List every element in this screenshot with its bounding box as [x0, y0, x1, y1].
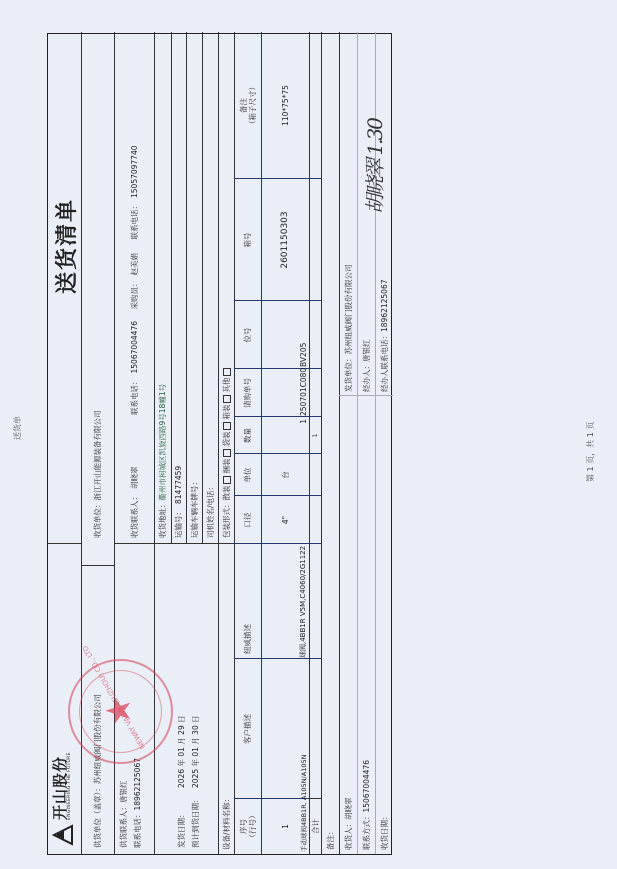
- logo-slogan: ENGINEERING THE FUTURE: [68, 752, 73, 820]
- remark-header-line2: （箱子尺寸）: [248, 83, 257, 128]
- ship-date-label: 发货日期：: [176, 788, 187, 848]
- receiver-address: 收货地址： 衢州市柯城区凯旋西路9号18幢1号: [154, 384, 171, 538]
- supplier-contact-label: 供货联系人：: [118, 803, 129, 848]
- receiver-phone-label: 联系电话：: [129, 378, 140, 416]
- receiver-unit-value: 浙江开山能源装备有限公司: [92, 411, 103, 501]
- packing-option-bag[interactable]: 袋装: [221, 420, 232, 447]
- supplier-unit: 供货单位（盖章）： 苏州纽威阀门股份有限公司: [81, 694, 114, 848]
- receiver-name-label: 收货人：: [343, 820, 354, 850]
- handwritten-signature: 胡晓翠 1.30: [359, 119, 388, 214]
- vehicle-plate: 运输车辆车牌号：: [186, 478, 202, 538]
- receiver-contact-value: 胡晓翠: [129, 419, 140, 489]
- sender-unit-label: 发货单位：: [343, 355, 354, 393]
- checkbox-icon: [223, 477, 231, 485]
- receiver-contacts: 收货联系人： 胡晓翠 联系电话： 15067004476 采购员： 赵美娟 联系…: [114, 146, 154, 539]
- checkbox-icon: [223, 423, 231, 431]
- eta-date-value: 2025 年 01 月 30 日: [190, 715, 201, 788]
- receiver-phone-value: 15067004476: [130, 314, 139, 374]
- material-name-label: 设备/材料名称：: [221, 795, 232, 850]
- col-header-qty: 数量: [234, 417, 261, 454]
- col-header-remark: 备注 （箱子尺寸）: [234, 32, 261, 179]
- handler-phone-value: 18962125067: [380, 280, 389, 333]
- handler-value: 唐银红: [361, 340, 372, 363]
- col-header-tag: 位号: [234, 301, 261, 369]
- ship-date-value: 2026 年 01 月 29 日: [176, 715, 187, 788]
- tracking-value: 81477459: [174, 466, 183, 504]
- cell-box: 2601150303: [261, 179, 309, 301]
- page-number: 第 1 页，共 1 页: [585, 422, 596, 482]
- cell-qty: 1: [297, 417, 309, 454]
- vehicle-label: 运输车辆车牌号：: [189, 478, 200, 538]
- col-header-neway-desc: 纽威描述: [234, 544, 261, 654]
- packing-type: 包装形式： 散装 捆装 袋装 箱装 其他: [218, 366, 234, 539]
- driver-label: 司机姓名/电话：: [205, 483, 216, 538]
- supplier-phone: 联系电话： 18962125067: [130, 758, 144, 848]
- col-header-customer-desc: 客户描述: [234, 659, 261, 799]
- receiver-unit-label: 收货单位：: [92, 501, 103, 539]
- col-header-seq: 序号 （行号）: [234, 799, 261, 854]
- seq-header-line1: 序号: [239, 819, 248, 834]
- packing-label: 包装形式：: [221, 501, 232, 539]
- checkbox-icon: [223, 396, 231, 404]
- eta-date-label: 预计到货日期：: [190, 788, 201, 848]
- form-title: 送货清单: [50, 198, 81, 294]
- receiver-unit: 收货单位： 浙江开山能源装备有限公司: [81, 411, 114, 539]
- logo-name: 开山股份: [53, 752, 68, 820]
- cell-remark: 110*75*75: [261, 32, 309, 179]
- total-label: 合计: [309, 799, 321, 854]
- receive-date-label: 收货日期：: [379, 813, 390, 851]
- kaishan-logo-icon: [52, 824, 74, 846]
- remark-label: 备注：: [325, 828, 336, 851]
- supplier-phone-label: 联系电话：: [132, 811, 143, 849]
- cell-po: 250701C080: [297, 366, 309, 416]
- receiver-contact-label: 收货联系人：: [129, 493, 140, 538]
- page-header: 送货单: [12, 416, 23, 440]
- receive-date: 收货日期：: [375, 813, 393, 851]
- handler-phone: 经办人联系电话： 18962125067: [375, 280, 393, 393]
- col-header-box: 箱号: [234, 179, 261, 301]
- supplier-unit-value: 苏州纽威阀门股份有限公司: [92, 694, 103, 784]
- sender-unit: 发货单位： 苏州纽威阀门股份有限公司: [339, 265, 357, 393]
- buyer-label: 采购员：: [129, 280, 140, 310]
- cell-size: 4": [261, 496, 309, 544]
- delivery-note-form: 开山股份 ENGINEERING THE FUTURE 送货清单 供货单位（盖章…: [47, 33, 392, 855]
- col-header-unit: 单位: [234, 454, 261, 496]
- packing-option-box[interactable]: 箱装: [221, 393, 232, 420]
- remark-header-line1: 备注: [239, 98, 248, 113]
- packing-option-other[interactable]: 其他: [221, 366, 232, 393]
- packing-option-bulk[interactable]: 散装: [221, 474, 232, 501]
- remark-field: 备注：: [321, 828, 339, 851]
- col-header-po: 请购单号: [234, 369, 261, 417]
- checkbox-icon: [223, 450, 231, 458]
- seq-header-line2: （行号）: [248, 812, 257, 842]
- tracking-label: 运输号：: [173, 508, 184, 538]
- checkbox-icon: [223, 369, 231, 377]
- eta-date: 预计到货日期： 2025 年 01 月 30 日: [188, 715, 202, 848]
- supplier-contact-value: 唐银红: [118, 781, 129, 804]
- receiver-name-value: 胡晓翠: [343, 798, 354, 821]
- receiver-name: 收货人： 胡晓翠: [339, 798, 357, 851]
- col-header-size: 口径: [234, 496, 261, 544]
- supplier-phone-value: 18962125067: [133, 758, 142, 811]
- packing-option-bundle[interactable]: 捆装: [221, 447, 232, 474]
- supplier-unit-label: 供货单位（盖章）：: [92, 784, 103, 848]
- ship-date: 发货日期： 2026 年 01 月 29 日: [174, 715, 188, 848]
- contact-method-label: 联系方式：: [361, 813, 372, 851]
- sender-unit-value: 苏州纽威阀门股份有限公司: [343, 265, 354, 355]
- company-logo: 开山股份 ENGINEERING THE FUTURE: [52, 752, 74, 846]
- address-value: 衢州市柯城区凯旋西路9号18幢1号: [157, 384, 168, 501]
- contact-method: 联系方式： 15067004476: [357, 760, 375, 850]
- handler-label: 经办人：: [361, 362, 372, 392]
- cell-customer-desc: 手动球阀4BB1R, A105N/A105N: [297, 652, 309, 852]
- address-label: 收货地址：: [157, 501, 168, 539]
- material-name: 设备/材料名称：: [218, 795, 234, 850]
- cell-tag: BV205: [297, 307, 309, 367]
- supplier-contact: 供货联系人： 唐银红: [116, 781, 130, 849]
- handler: 经办人： 唐银红: [357, 340, 375, 393]
- total-qty: 1: [309, 417, 321, 454]
- buyer-phone-label: 联系电话：: [129, 202, 140, 240]
- contact-method-value: 15067004476: [362, 760, 371, 813]
- buyer-phone-value: 15057097740: [130, 146, 139, 199]
- handler-phone-label: 经办人联系电话：: [379, 332, 390, 392]
- cell-unit: 台: [261, 454, 309, 496]
- driver-info: 司机姓名/电话：: [202, 483, 218, 538]
- tracking-number: 运输号： 81477459: [171, 466, 186, 538]
- buyer-value: 赵美娟: [129, 244, 140, 276]
